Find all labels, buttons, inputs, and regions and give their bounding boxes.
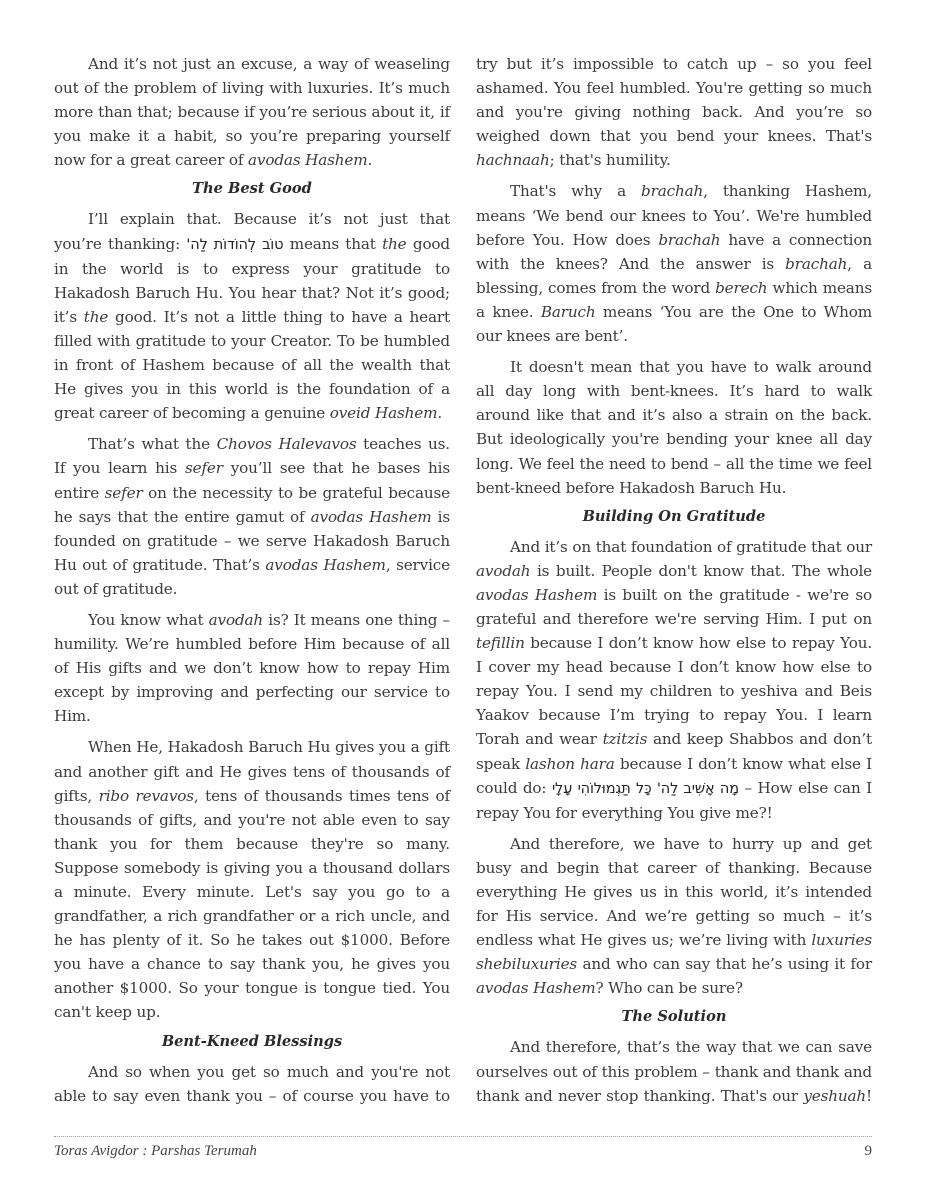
italic-term: tzitzis	[603, 730, 648, 748]
page-body: And it’s not just an excuse, a way of we…	[54, 52, 872, 1122]
paragraph: When He, Hakadosh Baruch Hu gives you a …	[54, 735, 450, 1024]
section-heading-building-on-gratitude: Building On Gratitude	[476, 507, 872, 527]
italic-term: berech	[715, 279, 767, 297]
italic-term: avodas Hashem	[311, 508, 432, 526]
italic-term: the	[382, 235, 406, 253]
right-column: try but it’s impossible to catch up – so…	[476, 52, 872, 1122]
text: It doesn't mean that you have to walk ar…	[476, 358, 872, 496]
italic-term: avodas Hashem	[248, 151, 368, 169]
page-footer: Toras Avigdor : Parshas Terumah 9	[54, 1141, 872, 1161]
text: You know what	[88, 611, 209, 629]
paragraph: And it’s on that foundation of gratitude…	[476, 535, 872, 825]
text: means that	[283, 235, 382, 253]
page-number: 9	[865, 1143, 873, 1160]
italic-term: sefer	[105, 484, 143, 502]
paragraph: It doesn't mean that you have to walk ar…	[476, 355, 872, 500]
paragraph: That's why a brachah, thanking Hashem, m…	[476, 179, 872, 348]
italic-term: Baruch	[541, 303, 596, 321]
footer-divider	[54, 1136, 872, 1137]
italic-term: the	[84, 308, 108, 326]
italic-term: avodas Hashem	[476, 979, 596, 997]
paragraph: And therefore, we have to hurry up and g…	[476, 832, 872, 1001]
section-heading-best-good: The Best Good	[54, 179, 450, 199]
text: .	[437, 404, 442, 422]
italic-term: oveid Hashem	[330, 404, 438, 422]
text: and who can say that he’s using it for	[577, 955, 872, 973]
text: And it’s on that foundation of gratitude…	[510, 538, 872, 556]
text: , tens of thousands times tens of thousa…	[54, 787, 450, 1022]
italic-term: brachah	[658, 231, 720, 249]
paragraph: You know what avodah is? It means one th…	[54, 608, 450, 728]
hebrew-quote: טוֹב לְהוֹדוֹת לַה'	[186, 237, 283, 253]
text: And so when you get so much and you're n…	[54, 1063, 450, 1105]
text: ? Who can be sure?	[596, 979, 743, 997]
italic-term: avodah	[209, 611, 263, 629]
text: .	[368, 151, 373, 169]
italic-term: brachah	[641, 182, 703, 200]
running-title: Toras Avigdor : Parshas Terumah	[54, 1143, 257, 1160]
italic-term: lashon hara	[525, 755, 614, 773]
text: is built. People don't know that. The wh…	[530, 562, 872, 580]
left-column: And it’s not just an excuse, a way of we…	[54, 52, 450, 1122]
italic-term: avodas Hashem	[476, 586, 597, 604]
text: ; that's humility.	[550, 151, 671, 169]
text: !	[866, 1087, 872, 1105]
hebrew-quote: מָה אָשִׁיב לַה' כָּל תַּגְמוּלוֹהִי עָל…	[552, 781, 739, 797]
section-heading-bent-kneed: Bent-Kneed Blessings	[54, 1032, 450, 1052]
italic-term: avodas Hashem	[265, 556, 385, 574]
text: That’s what the	[88, 435, 217, 453]
text: try but it’s impossible to catch up – so…	[476, 55, 872, 145]
italic-term: ribo revavos	[99, 787, 194, 805]
text: That's why a	[510, 182, 641, 200]
italic-term: avodah	[476, 562, 530, 580]
italic-term: sefer	[185, 459, 223, 477]
paragraph-continued: try but it’s impossible to catch up – so…	[476, 52, 872, 172]
paragraph: And so when you get so much and you're n…	[54, 1060, 450, 1108]
section-heading-the-solution: The Solution	[476, 1007, 872, 1027]
italic-term: yeshuah	[803, 1087, 866, 1105]
paragraph: That’s what the Chovos Halevavos teaches…	[54, 432, 450, 601]
italic-term: Chovos Halevavos	[217, 435, 357, 453]
italic-term: tefillin	[476, 634, 525, 652]
italic-term: brachah	[785, 255, 847, 273]
paragraph: I’ll explain that. Because it’s not just…	[54, 207, 450, 425]
paragraph: And therefore, that’s the way that we ca…	[476, 1035, 872, 1107]
paragraph: And it’s not just an excuse, a way of we…	[54, 52, 450, 172]
italic-term: hachnaah	[476, 151, 550, 169]
